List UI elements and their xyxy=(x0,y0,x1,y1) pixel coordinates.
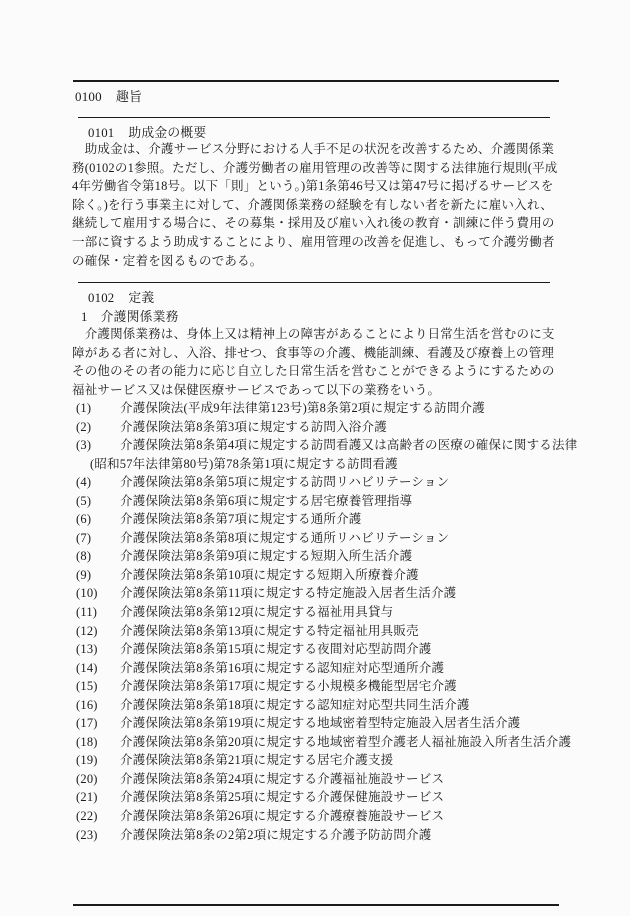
section-code: 0102 xyxy=(88,291,114,305)
section-0102-rule xyxy=(78,282,550,283)
list-item: (19)介護保険法第8条第21項に規定する居宅介護支援 xyxy=(76,751,577,770)
list-item-number: (5) xyxy=(76,492,120,511)
list-item: (23)介護保険法第8条の2第2項に規定する介護予防訪問介護 xyxy=(76,826,577,845)
list-item-text: 介護保険法第8条第26項に規定する介護療養施設サービス xyxy=(120,807,444,826)
list-item-text: 介護保険法第8条第16項に規定する認知症対応型通所介護 xyxy=(120,659,444,678)
text-line: 福祉サービス又は保健医療サービスであって以下の業務をいう。 xyxy=(72,381,555,400)
list-item-number: (4) xyxy=(76,473,120,492)
list-item-text: 介護保険法第8条第5項に規定する訪問リハビリテーション xyxy=(120,473,449,492)
service-definition-list: (1)介護保険法(平成9年法律第123号)第8条第2項に規定する訪問介護(2)介… xyxy=(76,399,577,844)
text-line: 一部に資するよう助成することにより、雇用管理の改善を促進し、もって介護労働者 xyxy=(72,233,557,252)
list-item: (12)介護保険法第8条第13項に規定する特定福祉用具販売 xyxy=(76,622,577,641)
list-item: (6)介護保険法第8条第7項に規定する通所介護 xyxy=(76,510,577,529)
section-0102-paragraph: 介護関係業務は、身体上又は精神上の障害があることにより日常生活を営むのに支障があ… xyxy=(72,325,555,400)
list-item-number: (1) xyxy=(76,399,120,418)
list-item-text: 介護保険法第8条第3項に規定する訪問入浴介護 xyxy=(120,418,387,437)
list-item: (2)介護保険法第8条第3項に規定する訪問入浴介護 xyxy=(76,418,577,437)
chapter-heading: 0100趣旨 xyxy=(75,86,142,105)
list-item-number: (13) xyxy=(76,640,120,659)
chapter-title: 趣旨 xyxy=(116,89,142,104)
list-item: (9)介護保険法第8条第10項に規定する短期入所療養介護 xyxy=(76,566,577,585)
list-item: (3)介護保険法第8条第4項に規定する訪問看護又は高齢者の医療の確保に関する法律 xyxy=(76,436,577,455)
section-0102-subheading: 1 介護関係業務 xyxy=(81,306,179,325)
list-item-text: 介護保険法第8条第10項に規定する短期入所療養介護 xyxy=(120,566,419,585)
list-item: (16)介護保険法第8条第18項に規定する認知症対応型共同生活介護 xyxy=(76,696,577,715)
text-line: その他のその者の能力に応じ自立した日常生活を営むことができるようにするための xyxy=(72,362,555,381)
text-line: 助成金は、介護サービス分野における人手不足の状況を改善するため、介護関係業 xyxy=(72,140,557,159)
list-item-text: 介護保険法第8条第13項に規定する特定福祉用具販売 xyxy=(120,622,419,641)
section-title: 定義 xyxy=(128,291,154,305)
list-item-number: (22) xyxy=(76,807,120,826)
list-item-number: (8) xyxy=(76,547,120,566)
list-item: (11)介護保険法第8条第12項に規定する福祉用具貸与 xyxy=(76,603,577,622)
list-item-text: 介護保険法第8条第18項に規定する認知症対応型共同生活介護 xyxy=(120,696,470,715)
list-item-number: (7) xyxy=(76,529,120,548)
list-item-number: (16) xyxy=(76,696,120,715)
list-item-number: (14) xyxy=(76,659,120,678)
list-item-number: (19) xyxy=(76,751,120,770)
text-line: 継続して雇用する場合に、その募集・採用及び雇い入れ後の教育・訓練に伴う費用の xyxy=(72,214,557,233)
list-item-text: 介護保険法第8条第8項に規定する通所リハビリテーション xyxy=(120,529,449,548)
list-item: (5)介護保険法第8条第6項に規定する居宅療養管理指導 xyxy=(76,492,577,511)
list-item-number: (23) xyxy=(76,826,120,845)
list-item: (21)介護保険法第8条第25項に規定する介護保健施設サービス xyxy=(76,788,577,807)
text-line: 障がある者に対し、入浴、排せつ、食事等の介護、機能訓練、看護及び療養上の管理 xyxy=(72,344,555,363)
list-item-number: (21) xyxy=(76,788,120,807)
list-item-text: 介護保険法(平成9年法律第123号)第8条第2項に規定する訪問介護 xyxy=(120,399,485,418)
section-title: 助成金の概要 xyxy=(128,126,206,140)
section-code: 0101 xyxy=(88,126,114,140)
section-0101-paragraph: 助成金は、介護サービス分野における人手不足の状況を改善するため、介護関係業務(0… xyxy=(72,140,557,270)
list-item: (10)介護保険法第8条第11項に規定する特定施設入居者生活介護 xyxy=(76,584,577,603)
list-item-text: 介護保険法第8条第19項に規定する地域密着型特定施設入居者生活介護 xyxy=(120,714,520,733)
page-footer-rule xyxy=(73,904,559,906)
page-header-rule xyxy=(73,80,559,82)
list-item-continuation: (昭和57年法律第80号)第78条第1項に規定する訪問看護 xyxy=(76,455,577,474)
text-line: 介護関係業務は、身体上又は精神上の障害があることにより日常生活を営むのに支 xyxy=(72,325,555,344)
list-item-text: 介護保険法第8条第15項に規定する夜間対応型訪問介護 xyxy=(120,640,431,659)
list-item-number: (6) xyxy=(76,510,120,529)
section-0102-heading: 0102定義 xyxy=(88,287,154,306)
list-item-text: 介護保険法第8条第12項に規定する福祉用具貸与 xyxy=(120,603,393,622)
list-item: (22)介護保険法第8条第26項に規定する介護療養施設サービス xyxy=(76,807,577,826)
list-item-text: 介護保険法第8条の2第2項に規定する介護予防訪問介護 xyxy=(120,826,431,845)
list-item-text: 介護保険法第8条第21項に規定する居宅介護支援 xyxy=(120,751,393,770)
text-line: 除く。)を行う事業主に対して、介護関係業務の経験を有しない者を新たに雇い入れ、 xyxy=(72,196,557,215)
text-line: 4年労働省令第18号。以下「則」という。)第1条第46号又は第47号に掲げるサー… xyxy=(72,177,557,196)
list-item-text: 介護保険法第8条第24項に規定する介護福祉施設サービス xyxy=(120,770,444,789)
list-item: (8)介護保険法第8条第9項に規定する短期入所生活介護 xyxy=(76,547,577,566)
list-item: (15)介護保険法第8条第17項に規定する小規模多機能型居宅介護 xyxy=(76,677,577,696)
list-item-text: 介護保険法第8条第6項に規定する居宅療養管理指導 xyxy=(120,492,412,511)
text-line: 務(0102の1参照。ただし、介護労働者の雇用管理の改善等に関する法律施行規則(… xyxy=(72,159,557,178)
list-item-text: 介護保険法第8条第17項に規定する小規模多機能型居宅介護 xyxy=(120,677,457,696)
list-item-text: 介護保険法第8条第11項に規定する特定施設入居者生活介護 xyxy=(120,584,456,603)
section-0101-heading: 0101助成金の概要 xyxy=(88,122,206,141)
list-item: (4)介護保険法第8条第5項に規定する訪問リハビリテーション xyxy=(76,473,577,492)
list-item-text: 介護保険法第8条第9項に規定する短期入所生活介護 xyxy=(120,547,412,566)
list-item: (17)介護保険法第8条第19項に規定する地域密着型特定施設入居者生活介護 xyxy=(76,714,577,733)
list-item-text: 介護保険法第8条第20項に規定する地域密着型介護老人福祉施設入所者生活介護 xyxy=(120,733,571,752)
list-item: (20)介護保険法第8条第24項に規定する介護福祉施設サービス xyxy=(76,770,577,789)
list-item: (13)介護保険法第8条第15項に規定する夜間対応型訪問介護 xyxy=(76,640,577,659)
list-item-number: (10) xyxy=(76,584,120,603)
list-item-number: (12) xyxy=(76,622,120,641)
list-item: (1)介護保険法(平成9年法律第123号)第8条第2項に規定する訪問介護 xyxy=(76,399,577,418)
list-item-text: 介護保険法第8条第4項に規定する訪問看護又は高齢者の医療の確保に関する法律 xyxy=(120,436,577,455)
list-item-number: (17) xyxy=(76,714,120,733)
text-line: の確保・定着を図るものである。 xyxy=(72,252,557,271)
list-item-text: 介護保険法第8条第25項に規定する介護保健施設サービス xyxy=(120,788,444,807)
list-item-number: (15) xyxy=(76,677,120,696)
list-item-number: (18) xyxy=(76,733,120,752)
list-item-number: (11) xyxy=(76,603,120,622)
list-item: (14)介護保険法第8条第16項に規定する認知症対応型通所介護 xyxy=(76,659,577,678)
list-item-number: (3) xyxy=(76,436,120,455)
list-item: (18)介護保険法第8条第20項に規定する地域密着型介護老人福祉施設入所者生活介… xyxy=(76,733,577,752)
list-item: (7)介護保険法第8条第8項に規定する通所リハビリテーション xyxy=(76,529,577,548)
chapter-code: 0100 xyxy=(75,89,102,104)
list-item-number: (9) xyxy=(76,566,120,585)
list-item-number: (2) xyxy=(76,418,120,437)
document-page: 0100趣旨 0101助成金の概要 助成金は、介護サービス分野における人手不足の… xyxy=(0,0,630,916)
list-item-number: (20) xyxy=(76,770,120,789)
section-0101-rule xyxy=(78,117,550,118)
list-item-text: 介護保険法第8条第7項に規定する通所介護 xyxy=(120,510,362,529)
